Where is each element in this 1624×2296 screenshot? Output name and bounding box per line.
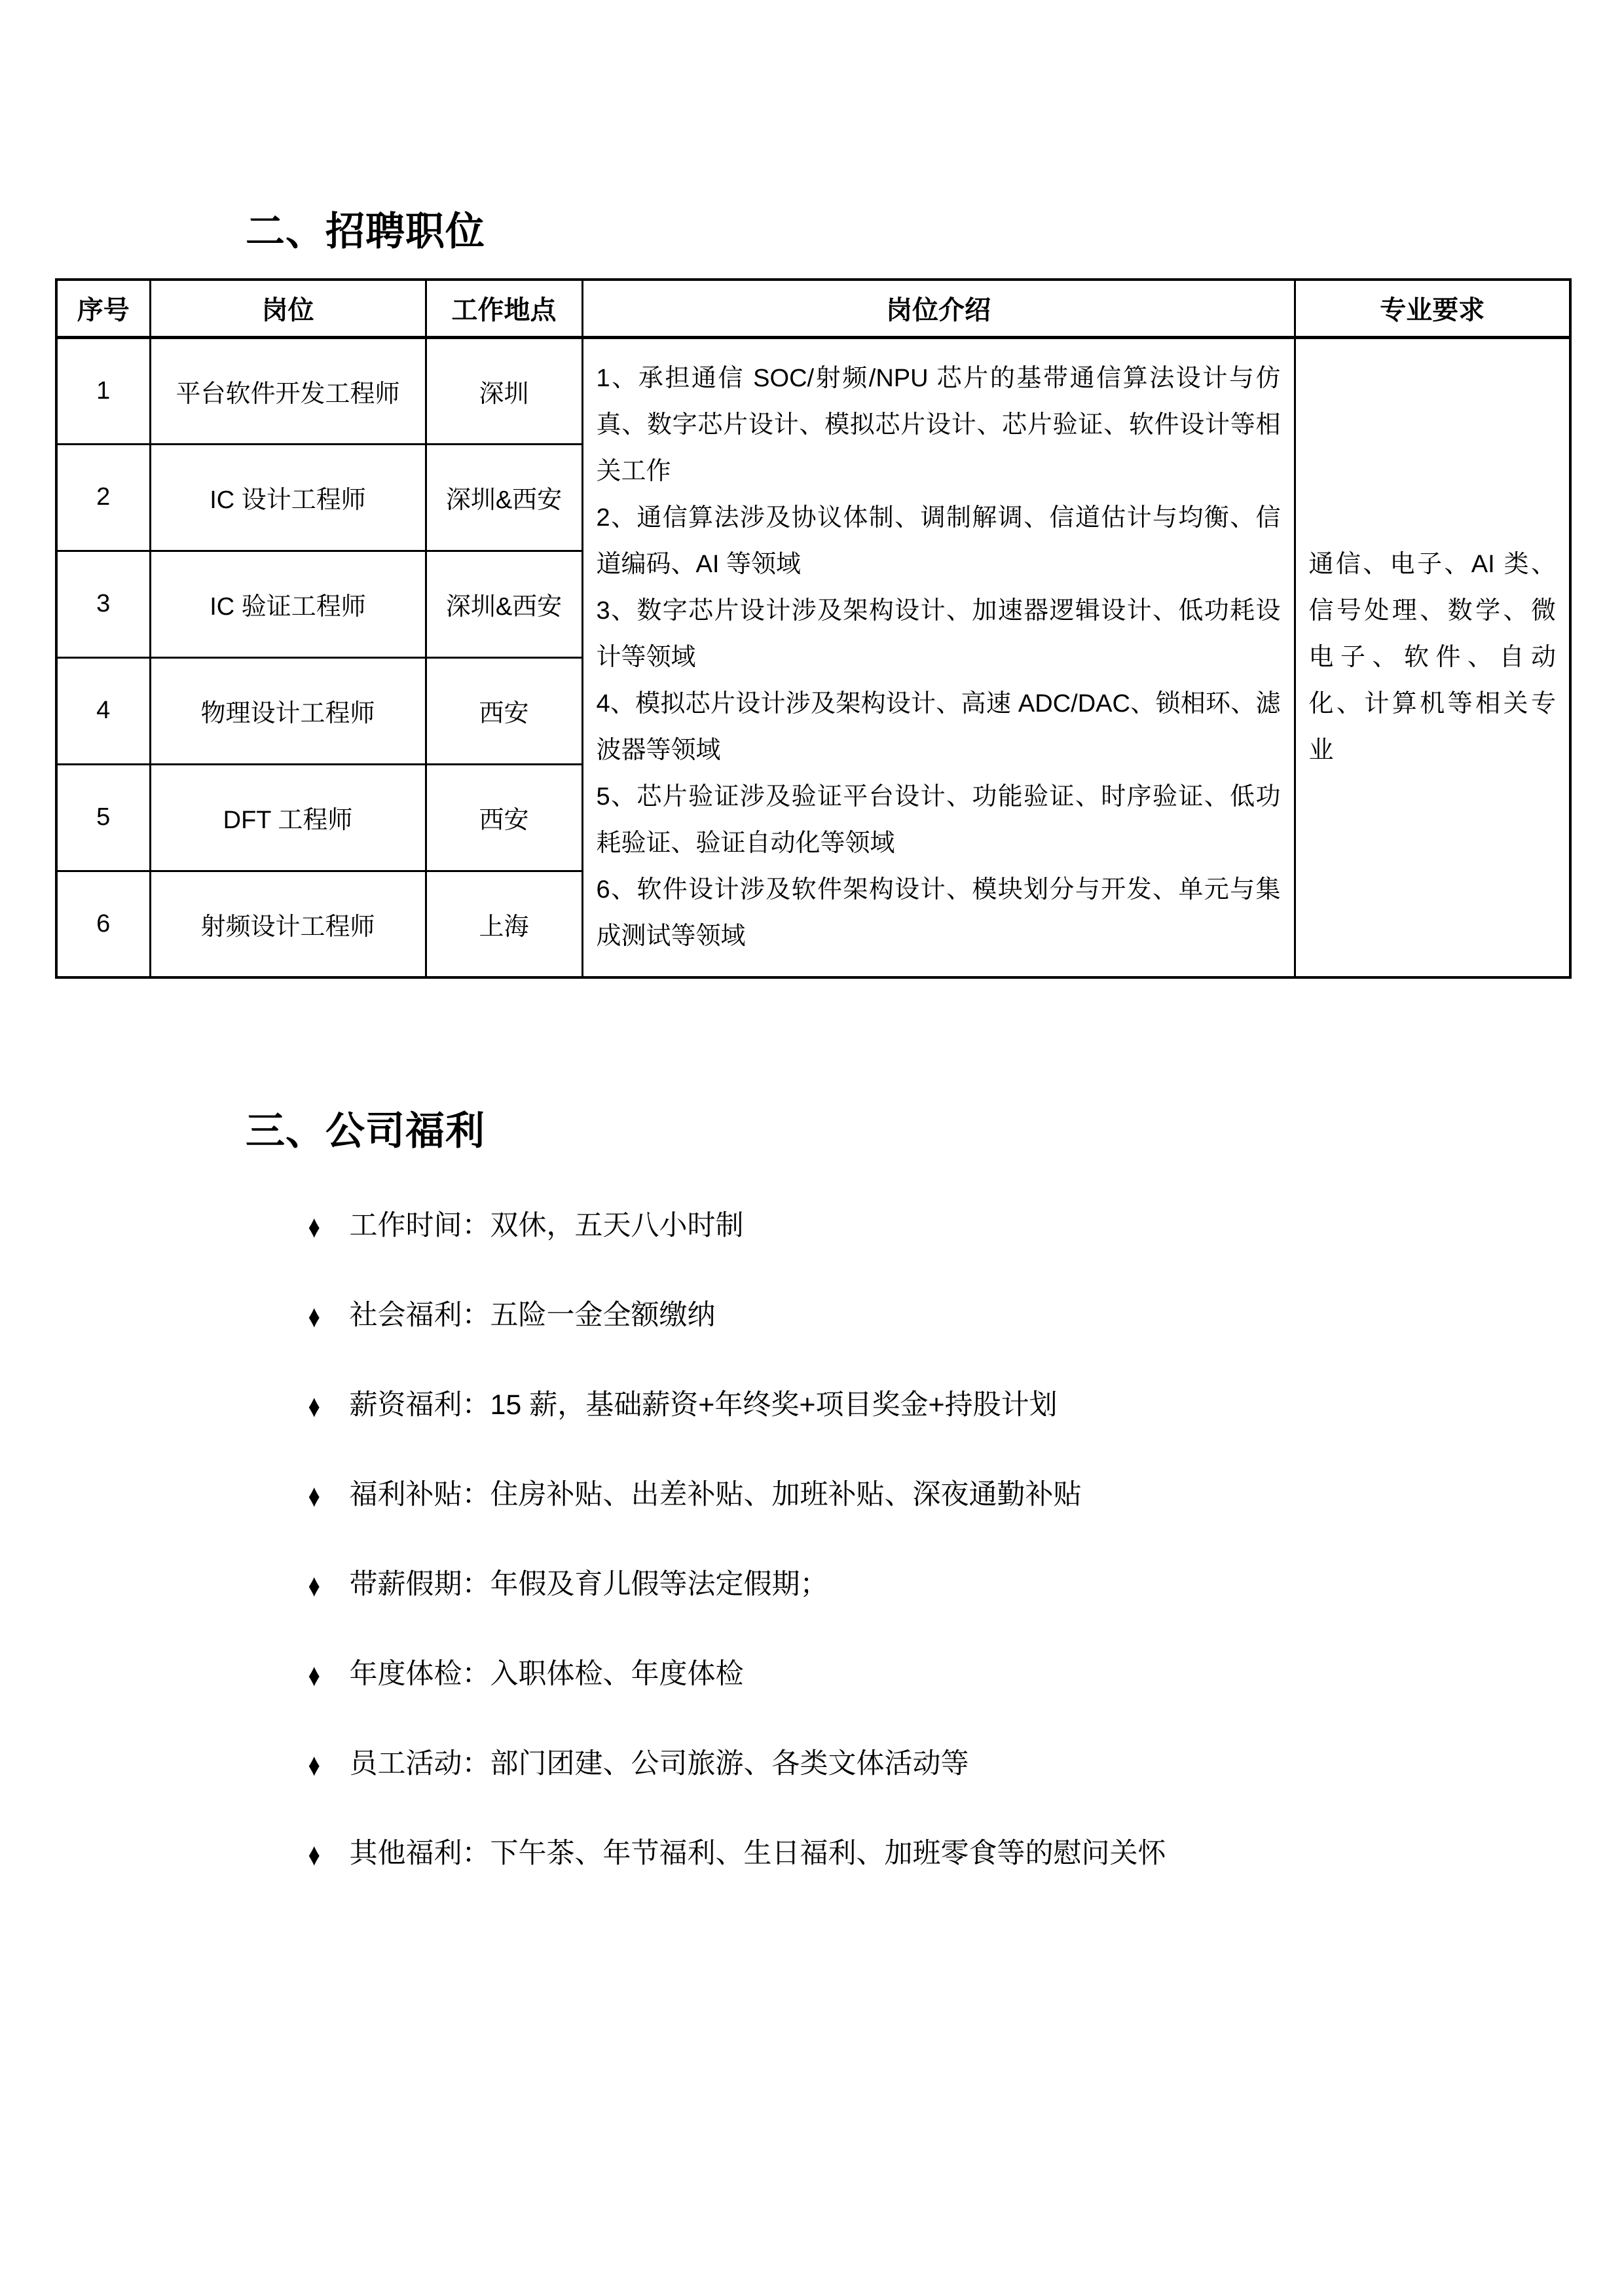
positions-table: 序号 岗位 工作地点 岗位介绍 专业要求 1 平台软件开发工程师 深圳 1、承担… (55, 278, 1572, 979)
column-header-description: 岗位介绍 (582, 280, 1295, 337)
benefit-text: 带薪假期：年假及育儿假等法定假期； (349, 1567, 828, 1602)
cell-no: 4 (56, 657, 150, 764)
description-line: 4、模拟芯片设计涉及架构设计、高速 ADC/DAC、锁相环、滤波器等领域 (597, 681, 1281, 774)
diamond-bullet-icon: ♦ (308, 1656, 320, 1694)
table-row: 1 平台软件开发工程师 深圳 1、承担通信 SOC/射频/NPU 芯片的基带通信… (56, 337, 1570, 444)
section-title-company-benefits: 三、公司福利 (246, 1108, 485, 1155)
cell-position: 物理设计工程师 (150, 657, 426, 764)
benefit-text: 员工活动：部门团建、公司旅游、各类文体活动等 (349, 1746, 969, 1781)
benefit-text: 薪资福利：15 薪，基础薪资+年终奖+项目奖金+持股计划 (349, 1387, 1057, 1423)
benefit-text: 福利补贴：住房补贴、出差补贴、加班补贴、深夜通勤补贴 (349, 1477, 1081, 1512)
cell-no: 1 (56, 337, 150, 444)
description-line: 5、芯片验证涉及验证平台设计、功能验证、时序验证、低功耗验证、验证自动化等领域 (597, 774, 1281, 867)
cell-location: 西安 (426, 657, 582, 764)
benefit-item: ♦ 带薪假期：年假及育儿假等法定假期； (306, 1567, 1166, 1656)
description-line: 6、软件设计涉及软件架构设计、模块划分与开发、单元与集成测试等领域 (597, 867, 1281, 960)
document-page: 二、招聘职位 序号 岗位 工作地点 岗位介绍 专业要求 1 平台软件开发工程师 … (0, 0, 1624, 2296)
cell-position: IC 验证工程师 (150, 551, 426, 657)
benefit-text: 其他福利：下午茶、年节福利、生日福利、加班零食等的慰问关怀 (349, 1836, 1166, 1871)
benefit-item: ♦ 其他福利：下午茶、年节福利、生日福利、加班零食等的慰问关怀 (306, 1836, 1166, 1925)
description-line: 2、通信算法涉及协议体制、调制解调、信道估计与均衡、信道编码、AI 等领域 (597, 495, 1281, 588)
benefit-text: 年度体检：入职体检、年度体检 (349, 1656, 743, 1692)
benefit-item: ♦ 薪资福利：15 薪，基础薪资+年终奖+项目奖金+持股计划 (306, 1387, 1166, 1477)
diamond-bullet-icon: ♦ (308, 1746, 320, 1783)
benefit-item: ♦ 福利补贴：住房补贴、出差补贴、加班补贴、深夜通勤补贴 (306, 1477, 1166, 1567)
cell-no: 6 (56, 871, 150, 977)
diamond-bullet-icon: ♦ (308, 1477, 320, 1514)
cell-location: 西安 (426, 764, 582, 871)
cell-no: 5 (56, 764, 150, 871)
cell-requirement: 通信、电子、AI 类、信号处理、数学、微电子、软件、自动化、计算机等相关专业 (1295, 337, 1570, 977)
column-header-no: 序号 (56, 280, 150, 337)
benefits-list: ♦ 工作时间：双休，五天八小时制 ♦ 社会福利：五险一金全额缴纳 ♦ 薪资福利：… (306, 1208, 1166, 1925)
diamond-bullet-icon: ♦ (308, 1208, 320, 1245)
benefit-text: 工作时间：双休，五天八小时制 (349, 1208, 743, 1243)
benefit-item: ♦ 年度体检：入职体检、年度体检 (306, 1656, 1166, 1746)
cell-position: DFT 工程师 (150, 764, 426, 871)
section-title-recruit-positions: 二、招聘职位 (246, 208, 485, 255)
benefit-item: ♦ 社会福利：五险一金全额缴纳 (306, 1298, 1166, 1387)
cell-no: 2 (56, 444, 150, 551)
diamond-bullet-icon: ♦ (308, 1387, 320, 1425)
cell-location: 深圳&西安 (426, 551, 582, 657)
benefit-item: ♦ 工作时间：双休，五天八小时制 (306, 1208, 1166, 1298)
diamond-bullet-icon: ♦ (308, 1298, 320, 1335)
cell-location: 上海 (426, 871, 582, 977)
benefit-item: ♦ 员工活动：部门团建、公司旅游、各类文体活动等 (306, 1746, 1166, 1836)
benefit-text: 社会福利：五险一金全额缴纳 (349, 1298, 715, 1333)
column-header-position: 岗位 (150, 280, 426, 337)
cell-location: 深圳 (426, 337, 582, 444)
cell-description: 1、承担通信 SOC/射频/NPU 芯片的基带通信算法设计与仿真、数字芯片设计、… (582, 337, 1295, 977)
table-header-row: 序号 岗位 工作地点 岗位介绍 专业要求 (56, 280, 1570, 337)
cell-no: 3 (56, 551, 150, 657)
diamond-bullet-icon: ♦ (308, 1567, 320, 1604)
description-line: 3、数字芯片设计涉及架构设计、加速器逻辑设计、低功耗设计等领域 (597, 588, 1281, 681)
cell-position: 射频设计工程师 (150, 871, 426, 977)
diamond-bullet-icon: ♦ (308, 1836, 320, 1873)
column-header-requirement: 专业要求 (1295, 280, 1570, 337)
cell-location: 深圳&西安 (426, 444, 582, 551)
cell-position: IC 设计工程师 (150, 444, 426, 551)
description-line: 1、承担通信 SOC/射频/NPU 芯片的基带通信算法设计与仿真、数字芯片设计、… (597, 355, 1281, 495)
cell-position: 平台软件开发工程师 (150, 337, 426, 444)
column-header-location: 工作地点 (426, 280, 582, 337)
